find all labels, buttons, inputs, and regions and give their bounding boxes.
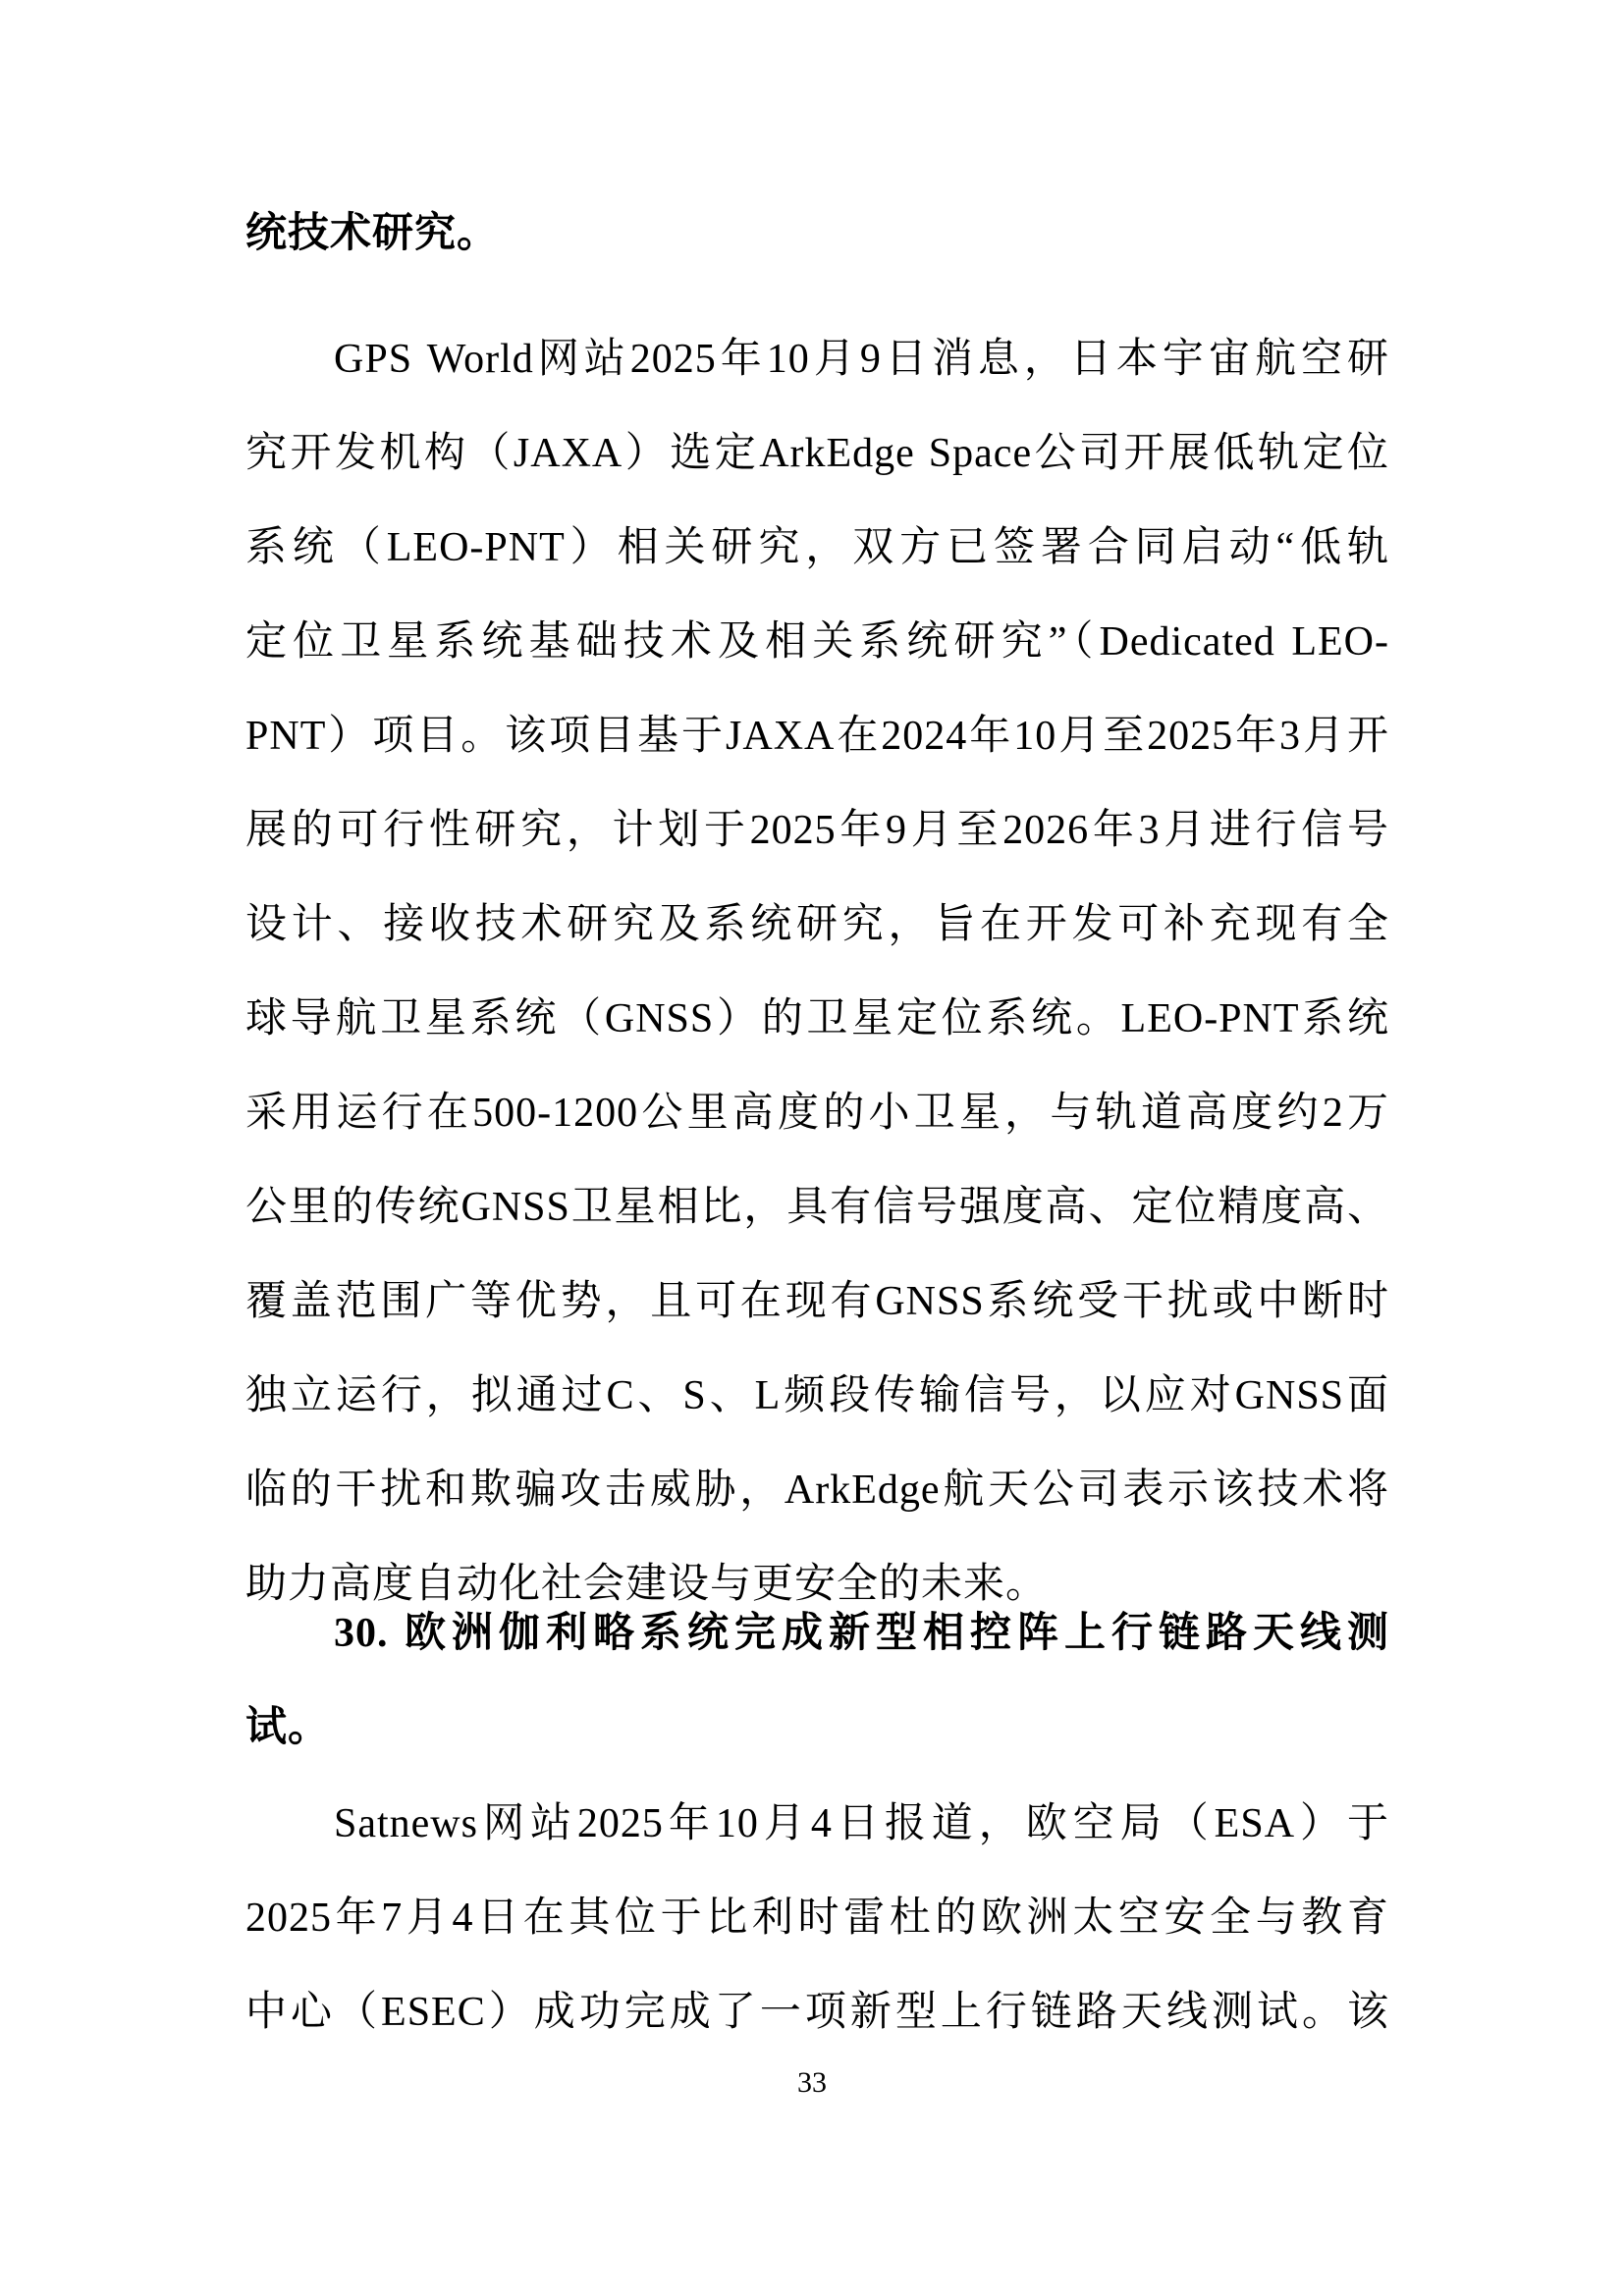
article-30-heading: 30. 欧洲伽利略系统完成新型相控阵上行链路天线测 试。	[245, 1586, 1389, 1775]
paragraph-line: 定位卫星系统基础技术及相关系统研究”（Dedicated LEO-	[245, 595, 1389, 689]
paragraph-line: 展的可行性研究，计划于2025年9月至2026年3月进行信号	[245, 783, 1389, 878]
paragraph-line: 系统（LEO-PNT）相关研究，双方已签署合同启动“低轨	[245, 501, 1389, 595]
previous-heading-tail: 统技术研究。	[245, 187, 1389, 281]
heading-line: 试。	[245, 1681, 1389, 1775]
paragraph-line: 中心（ESEC）成功完成了一项新型上行链路天线测试。该	[245, 1965, 1389, 2059]
paragraph-line: 设计、接收技术研究及系统研究，旨在开发可补充现有全	[245, 878, 1389, 972]
document-page: 统技术研究。 GPS World网站2025年10月9日消息，日本宇宙航空研 究…	[0, 0, 1624, 2296]
heading-line: 统技术研究。	[245, 187, 1389, 281]
paragraph-line: 覆盖范围广等优势，且可在现有GNSS系统受干扰或中断时	[245, 1255, 1389, 1349]
paragraph-line: 球导航卫星系统（GNSS）的卫星定位系统。LEO-PNT系统	[245, 972, 1389, 1066]
paragraph-line: GPS World网站2025年10月9日消息，日本宇宙航空研	[245, 312, 1389, 406]
heading-line: 30. 欧洲伽利略系统完成新型相控阵上行链路天线测	[245, 1586, 1389, 1681]
paragraph-line: 临的干扰和欺骗攻击威胁，ArkEdge航天公司表示该技术将	[245, 1443, 1389, 1537]
paragraph-line: Satnews网站2025年10月4日报道，欧空局（ESA）于	[245, 1777, 1389, 1871]
paragraph-line: 公里的传统GNSS卫星相比，具有信号强度高、定位精度高、	[245, 1160, 1389, 1255]
paragraph-line: 2025年7月4日在其位于比利时雷杜的欧洲太空安全与教育	[245, 1871, 1389, 1965]
article-30-paragraph: Satnews网站2025年10月4日报道，欧空局（ESA）于 2025年7月4…	[245, 1777, 1389, 2059]
paragraph-line: 采用运行在500-1200公里高度的小卫星，与轨道高度约2万	[245, 1066, 1389, 1160]
paragraph-line: PNT）项目。该项目基于JAXA在2024年10月至2025年3月开	[245, 689, 1389, 783]
article-29-paragraph: GPS World网站2025年10月9日消息，日本宇宙航空研 究开发机构（JA…	[245, 312, 1389, 1631]
paragraph-line: 独立运行，拟通过C、S、L频段传输信号，以应对GNSS面	[245, 1349, 1389, 1443]
paragraph-line: 究开发机构（JAXA）选定ArkEdge Space公司开展低轨定位	[245, 406, 1389, 501]
page-number: 33	[0, 2063, 1624, 2103]
